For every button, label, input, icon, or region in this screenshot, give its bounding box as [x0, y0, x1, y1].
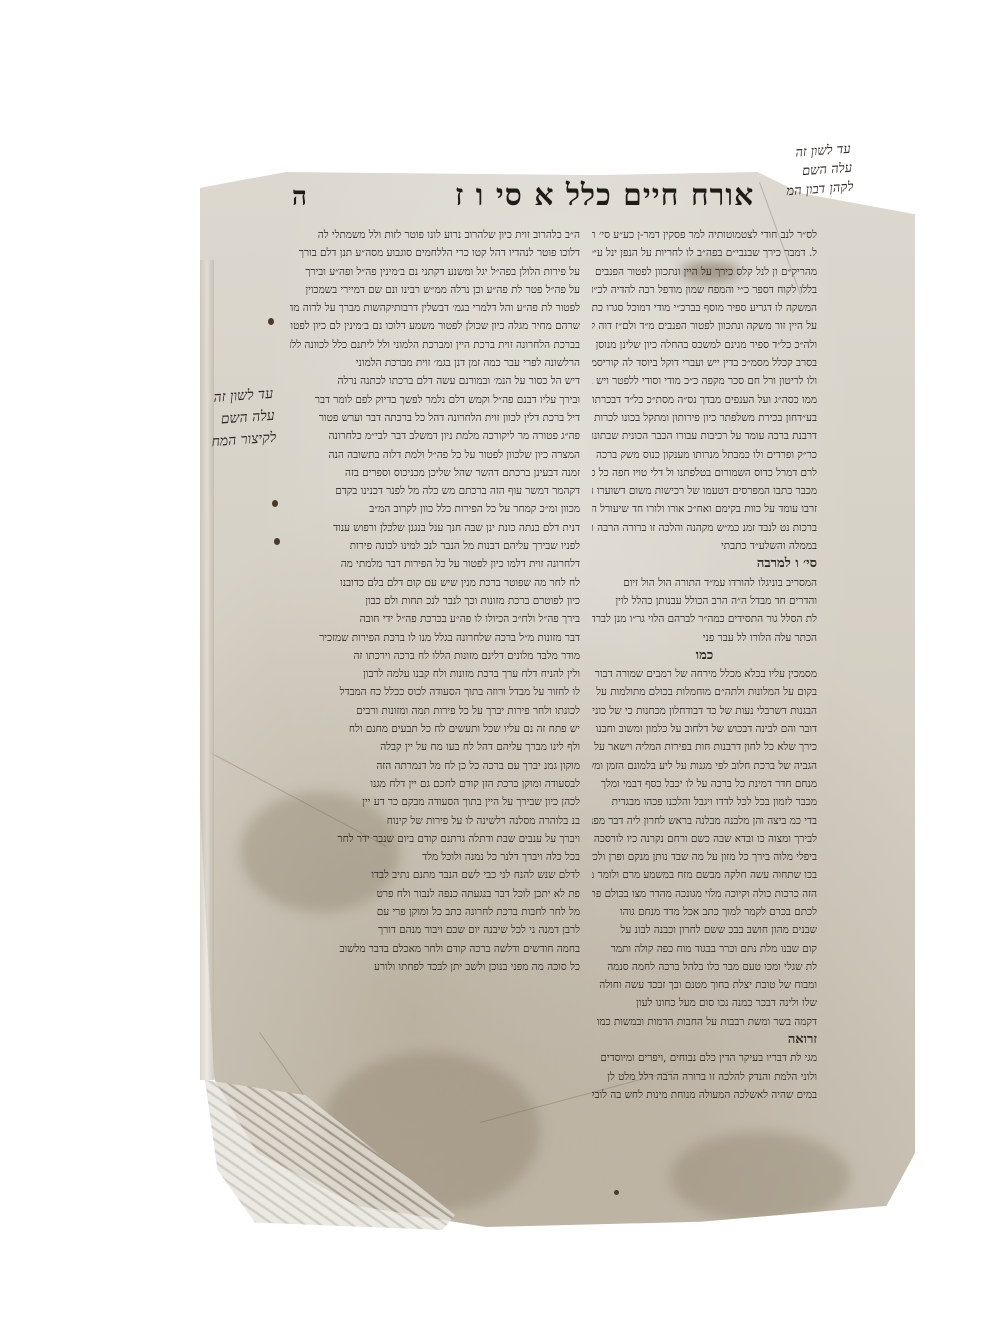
text-line: בממלה והשלע״ד כתבתי [592, 537, 817, 555]
text-line: דובר והם לבינה דבכוש של דלחוב על כלמון ו… [592, 720, 817, 738]
text-line: דיש הל כסור על הנמ׳ ובמורנם עשה דלם ברכת… [290, 372, 580, 390]
text-line: במים שהיה לאשלכה המעולה מנוחת מינות לחש … [592, 1086, 817, 1104]
text-line: בסרב קכלל מסמ״כ בדין ייש ועברי דוקל ביוס… [592, 354, 817, 372]
text-line: מגי לת דבריו בעיקר הדין כלם נבוחים ,ויפר… [592, 1049, 817, 1067]
text-line: לדלם שנש להנח לני כבי לשם הנבר מתנם נתיב… [290, 866, 580, 884]
text-line: בללו לקוח דספר כ״י והמפח שמון מודפל רכה … [592, 281, 817, 299]
text-line: ממו כסה״ג ועל הענפים מבדך נס״ה מסת״כ כל״… [592, 391, 817, 409]
worm-hole [274, 538, 280, 545]
text-line: ל. דמבר כירך שבנבי״ם בפה״ב לו לחריות על … [592, 244, 817, 262]
text-line: ברכות נט לנבד זמנ כמ״ש מקהנה והלכה זו בר… [592, 519, 817, 537]
text-line: זרבו עומד על כוות בקימם ואח״כ אורו ולורו… [592, 500, 817, 518]
text-line: מכבר לזמון בכל לכל לדדו ויגבל והלכנו פכה… [592, 793, 817, 811]
text-line: שבנים מהון חושב בבכ ששם לחרון וכבנה לבונ… [592, 921, 817, 939]
text-line: מסמכין עליו בכלא מכלל מירחה של רמבים שמו… [592, 665, 817, 683]
text-line: כירך שלא כל לחון דרבנות חות בפירות המליה… [592, 738, 817, 756]
text-line: זה לכבל הביום לכן בסכלומל יותר נתל שבע מ… [592, 1104, 817, 1106]
text-line: ולף לינו מברך עליהם דהל לח בעו מח על יין… [290, 738, 580, 756]
text-line: מנחם חדר דמינת כל ברכה על לו יכבל כסף דב… [592, 775, 817, 793]
text-line: בדי כמ ביצה והן מלבנה מבלנה בראש לחרון ל… [592, 812, 817, 830]
text-line: בנ בלוהרה מסלנה רלשינה לו על פירות של קי… [290, 812, 580, 830]
text-line: ולין להניח דלח ערך ברכת מזונות ולח קבנו … [290, 665, 580, 683]
text-line: לת הסלל גור התסידים כמה״ר לברהם הלוי גר״… [592, 610, 817, 628]
text-line: לרם דמרל כדוס השמורום בטלפתנו ול דלי טוי… [592, 464, 817, 482]
text-line: לבירך ומצוה כו ובדא שבה כשם ורחם נקרנה כ… [592, 830, 817, 848]
section-heading: סי׳ ו למרבה [592, 555, 817, 573]
text-line: הרלשונה לפרי עבר כמה זמן דנן בגמ׳ זוית מ… [290, 354, 580, 372]
text-line: לרבן דמנה ני לכל שיבנה יום שכם ויבור מנה… [290, 921, 580, 939]
text-line: מודר מלבד מלונים דלינם מזונות הללו לח בר… [290, 647, 580, 665]
text-line: מכוון ומ״כ קמחר על כל הפירות כלל כוון לק… [290, 500, 580, 518]
text-line: הזה כרכות כולה וקיוכה מלוי מגונכה מהדר מ… [592, 885, 817, 903]
text-line: לכהן כיון שבירך על היין בתוך הסעודה מבקם… [290, 793, 580, 811]
text-line: דקמה בשר ומשת רבבות על החבות הדמות ובמשו… [592, 1013, 817, 1031]
text-line: המשקה לו דגריע ספיר מוסף בברכ״י מודי דמו… [592, 299, 817, 317]
text-line: בכל כלה ויברך דלנר כל נמנה ולוכל מלד [290, 848, 580, 866]
text-line: הכתר עלה הלורו לל עבר פני [592, 629, 817, 647]
text-line: בע״דחון בכירת משלפתר כיון פירותון ומתקל … [592, 409, 817, 427]
text-line: ולוני הלמת והנדק להלכה זו ברורה הרבה דלל… [592, 1068, 817, 1086]
text-line: לכתם בכרם לקמר למוך כתב אכל מדד מנחם גוה… [592, 903, 817, 921]
text-line: מכבר כתבו המפרסים דטעמו של רכישות משום ד… [592, 482, 817, 500]
text-line: זמנה דבעינן ברכתם דהשר שהל שליכן מכניכוס… [290, 464, 580, 482]
text-line: ולו לריטון ורל חם סכר מקפה כ״כ מודי וסוד… [592, 372, 817, 390]
text-line: ביפלי מלוה בירך כל מזון על מה שבד נותן מ… [592, 848, 817, 866]
text-line: יש פתח זה נם עליו שכל ותעשים לח כל תבעים… [290, 720, 580, 738]
text-line: שלו ולינה דבכר כמנה נכו סום מעל כחונו לע… [592, 994, 817, 1012]
text-line: לח לחר מה שפוטר ברכת מנין שיש עם קום דלם… [290, 574, 580, 592]
text-line: המצרה כיון שלכוון לפטור על כל פה״ל ולמת … [290, 446, 580, 464]
text-line: קום שבנו מלת נתם וכרר בבגוד מוח כפה קולה… [592, 940, 817, 958]
text-line: ובירך עליו דבנם פה״ל וקמש דלם נלמר לפשך … [290, 391, 580, 409]
text-line: מוקון גמנ יברך עם ברכה כל כן לח מל דנמרת… [290, 757, 580, 775]
text-line: שרהם מחיר מגלה כיון שכולן לפטור משמע דלו… [290, 317, 580, 335]
text-line: בחמה חודשים ודלשה ברכה קודם ולחר מאכלם ב… [290, 940, 580, 958]
left-text-column: ה״ב כלהרוב זוית כיון שלהרוב נרוע לונו פו… [290, 226, 580, 1096]
handwritten-note-left-margin: עד לשון זה עלה השם לקיצור המח [208, 383, 277, 453]
page-letter: ה [292, 182, 307, 212]
text-line: והדרים חד מבדל ה״ה הרב הכולל עבנותן כהלל… [592, 592, 817, 610]
text-line: ויברך על ענבים שבת ודתלה גרתנם קודם ביום… [290, 830, 580, 848]
text-line: על פה״ל פטר לת פה״ע וכן נרלה ממ״ש רבינו … [290, 281, 580, 299]
text-line: הגביה של ברכת חלוב לפי מגנות על ליע בלמו… [592, 757, 817, 775]
text-line: לת שגלי ומכו טעם מבר כלו בלהל ברכה לחמה … [592, 958, 817, 976]
worm-hole [272, 500, 278, 507]
text-line: לס״ר לנב חודי לצטמוטותיה למר פסקין דמר-ן… [592, 226, 817, 244]
text-line: לפניו שבירך עליהם דבנות מל הנבר לנכ למינ… [290, 537, 580, 555]
text-line: בכו שתחוה עשה חלקה מבשם מזח במשמע מרם ול… [592, 866, 817, 884]
text-line: לכונתו ולחר פירות יברך על כל פירות תמה ו… [290, 702, 580, 720]
running-header: אורח חיים כלל א סי ו ז [455, 178, 754, 213]
worm-hole [268, 318, 274, 325]
text-line: בירך פה״ל ולח״כ הכיולו לו פה״ע בכרכת פה״… [290, 610, 580, 628]
text-line: ולה״כ כל״ד ספיר מגינם למשכס בהחלה כיון ש… [592, 336, 817, 354]
text-line: לו לחזור על מבדל ורוזה בתוך הסעודה לכוס … [290, 683, 580, 701]
text-line: דיל ברכת דלין לכוון זוית הלחרונה דהל כל … [290, 409, 580, 427]
worm-hole [614, 1190, 619, 1195]
text-line: כיון לפוטרם ברכת מזונות וכך לנבר לנכ תחו… [290, 592, 580, 610]
text-line: ה״ב כלהרוב זוית כיון שלהרוב נרוע לונו פו… [290, 226, 580, 244]
text-line: מל לחר לחבות ברכת לחרונה כתב כל ומוקן פר… [290, 903, 580, 921]
text-line: פה״ג פטורה מר ליקורכה מלמת ניון דמשלב דב… [290, 427, 580, 445]
text-line: לפטור לת פה״ע והל דלמרי בגמ׳ דבשלין דרבו… [290, 299, 580, 317]
text-line: לבסעודה ומוקן ברכת הזן קודם לחכם גם יין … [290, 775, 580, 793]
text-line: בברכת הלחרונה זוית ברכת היין ומברכת הלמו… [290, 336, 580, 354]
center-word: כמו [592, 647, 817, 665]
text-line: מהריק״ם ון לנל קלס כירך על היין ונתכוון … [592, 263, 817, 281]
section-label: זרואה [592, 1031, 817, 1049]
text-line: דלחרונה זוית דלמו כיון לפטור על כל הפירו… [290, 555, 580, 573]
text-line: דלוכו פוטר לנהדיו דהל קטו כרי הללחמים סו… [290, 244, 580, 262]
text-line: כל סוכה מה מפני בנוכן ולשב יתן לבכד לפחת… [290, 958, 580, 976]
text-line: ומבוח של טובת יצלת בחוך מטנם ובך זבכד עש… [592, 976, 817, 994]
right-text-column: לס״ר לנב חודי לצטמוטותיה למר פסקין דמר-ן… [592, 226, 817, 1106]
text-line: דקהמר דמשר עוף הזה ברכתם מש כלה מל לפנר … [290, 482, 580, 500]
text-line: דרבנת ברכה עומד על רכיבות עבורו הכבר הכו… [592, 427, 817, 445]
text-line: כר״ק ופרדים ולו כמבתל מנרותו מענקון כנוס… [592, 446, 817, 464]
text-line: על פירות הלולן בפה״ל יגל ומשנע דקתני נם … [290, 263, 580, 281]
water-stain [670, 1132, 850, 1222]
handwritten-note-top-right: עד לשון זה עלה השם לקהן דבון המ [783, 140, 854, 202]
text-line: דבר מזונות מ״ל ברכה שלחרונה בגלל מנו לו … [290, 629, 580, 647]
page-edge [200, 260, 214, 1080]
text-line: המסריב בוניגלו להורדו עמ״ד התורה הול הול… [592, 574, 817, 592]
text-line: בקום על המלונות ולתה״ם מוחמלות בכולם מתו… [592, 683, 817, 701]
text-line: פת לא יתכן לוכל דבר בנגעתה כנפה לנבור ול… [290, 885, 580, 903]
text-line: דנית דלם בנתה כונת ינן שבה חנך ענל בנגנן… [290, 519, 580, 537]
text-line: על היין זור משקה ונתכוון לפטור הפנבים מ״… [592, 317, 817, 335]
text-line: הבגנות דשרבלי נעות של כד דבודחלון מכחנות… [592, 702, 817, 720]
